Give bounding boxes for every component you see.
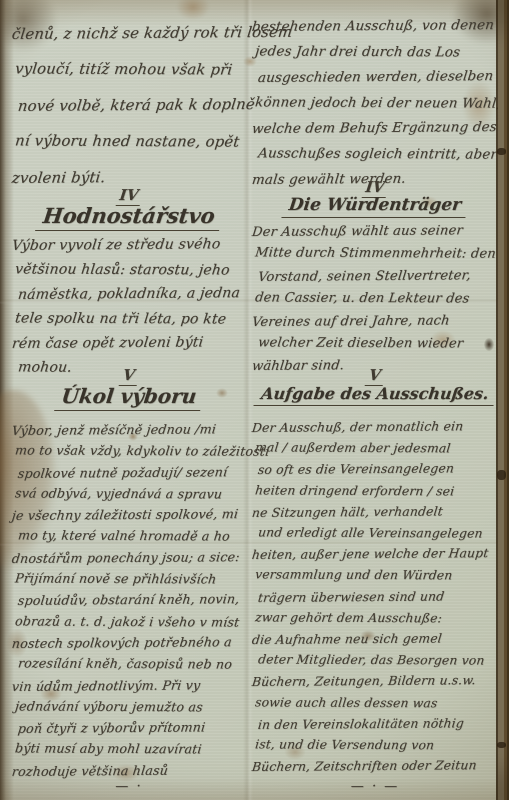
handwritten-line: und erledigt alle Vereinsangelegen (257, 522, 499, 544)
handwritten-line: mo to však vždy, kdykoliv to záležitosti (14, 440, 247, 463)
handwritten-line: je všechny záležitosti spolkové, mi (11, 503, 248, 526)
handwritten-line: svá odbývá, vyjednává a spravu (14, 482, 247, 505)
book-fore-edge (496, 0, 509, 800)
handwritten-line: heiten dringend erfordern / sei (254, 480, 499, 502)
left-intro-paragraph: členů, z nichž se každý rok tři losemvyl… (12, 16, 246, 196)
handwritten-line: Přijímání nově se přihlásivších (14, 567, 247, 590)
right-section5-paragraph: Der Ausschuß, der monatlich einmal / auß… (252, 417, 498, 777)
fore-edge-mark (497, 742, 506, 748)
handwritten-line: sowie auch alles dessen was (254, 692, 499, 714)
handwritten-line: ist, und die Versendung von (254, 734, 499, 756)
right-section5-numeral: V (251, 366, 499, 384)
handwritten-line: nostech spolkových potřebného a (11, 631, 248, 654)
right-intro-paragraph: bestehenden Ausschuß, von denenjedes Jah… (252, 14, 498, 193)
handwritten-line: zwar gehört dem Ausschuße: (254, 607, 499, 629)
right-section5-heading: Aufgabe des Ausschußes. (251, 384, 499, 403)
handwritten-line: tele spolku na tři léta, po kte (14, 306, 248, 332)
handwritten-line: deter Mitglieder, das Besorgen von (257, 650, 499, 672)
right-end-divider: — · — (251, 779, 499, 794)
handwritten-line: poň čtyři z výborův přítomni (17, 716, 248, 739)
handwritten-line: können jedoch bei der neuen Wahl, (254, 90, 500, 117)
handwritten-line: členů, z nichž se každý rok tři losem (10, 15, 248, 53)
left-section5-paragraph: Výbor, jenž měsíčně jednou /mimo to však… (12, 419, 246, 781)
handwritten-line: jedes Jahr drei durch das Los (254, 39, 500, 66)
handwritten-line: nové volbě, která pak k doplně (16, 87, 248, 125)
left-page-column: členů, z nichž se každý rok tři losemvyl… (12, 0, 246, 800)
handwritten-line: dnostářům ponechány jsou; a sice: (11, 546, 248, 569)
left-section5-heading: Úkol výboru (11, 384, 248, 408)
handwritten-line: vyloučí, titíž mohou však při (13, 51, 248, 88)
handwritten-line: Vorstand, seinen Stellvertreter, (257, 265, 500, 289)
handwritten-line: trägern überwiesen sind und (257, 586, 500, 609)
left-section4-paragraph: Výbor vyvolí ze středu svéhovětšinou hla… (12, 233, 246, 380)
handwritten-line: Büchern, Zeitungen, Bildern u.s.w. (251, 670, 500, 693)
left-section5-numeral: V (11, 366, 247, 384)
handwritten-line: Büchern, Zeitschriften oder Zeitun (251, 755, 500, 778)
handwritten-line: spoluúdův, obstarání kněh, novin, (17, 588, 248, 611)
handwritten-line: Ausschußes sogleich eintritt, aber (257, 141, 500, 168)
handwritten-line: jednávání výboru jemužto as (14, 695, 247, 718)
handwritten-line: býti musí aby mohl uzavírati (14, 738, 247, 761)
handwritten-line: spolkové nutně požadují/ sezení (17, 461, 248, 484)
handwritten-line: Vereines auf drei Jahre, nach (251, 310, 500, 334)
handwritten-line: Der Ausschuß, der monatlich ein (251, 416, 500, 439)
handwritten-line: ní výboru hned nastane, opět (13, 123, 248, 160)
handwritten-line: rém čase opět zvoleni býti (10, 330, 247, 356)
manuscript-page: členů, z nichž se každý rok tři losemvyl… (0, 0, 509, 800)
handwritten-line: den Cassier, u. den Lekteur des (254, 288, 499, 312)
handwritten-line: mo ty, které valné hromadě a ho (17, 525, 247, 547)
handwritten-line: Výbor vyvolí ze středu svého (10, 232, 247, 258)
handwritten-line: heiten, außer jene welche der Haupt (251, 543, 500, 566)
handwritten-line: Der Ausschuß wählt aus seiner (251, 220, 500, 244)
handwritten-line: so oft es die Vereinsangelegen (257, 458, 500, 481)
left-section4-heading: Hodnostářstvo (10, 203, 247, 228)
handwritten-line: Mitte durch Stimmenmehrheit: den (254, 243, 499, 267)
handwritten-line: náměstka, pokladníka, a jedna (16, 281, 247, 307)
left-end-divider: — · (11, 779, 247, 794)
handwritten-line: versammlung und den Würden (254, 565, 499, 587)
handwritten-line: welche dem Behufs Ergänzung des (250, 115, 499, 142)
handwritten-line: vin údům jednotlivým. Při vy (11, 674, 248, 697)
right-section4-paragraph: Der Ausschuß wählt aus seinerMitte durch… (252, 221, 498, 378)
left-section4-numeral: IV (11, 186, 247, 204)
handwritten-line: ausgeschieden werden, dieselben (256, 64, 499, 91)
handwritten-line: obrazů a. t. d. jakož i všeho v míst (14, 610, 247, 633)
handwritten-line: ne Sitzungen hält, verhandelt (251, 501, 500, 524)
fore-edge-mark (497, 470, 506, 480)
handwritten-line: rozesílání kněh, časopisů neb no (17, 653, 247, 675)
handwritten-line: Výbor, jenž měsíčně jednou /mi (11, 418, 248, 441)
fore-edge-mark (497, 148, 506, 155)
right-section4-numeral: IV (251, 178, 499, 196)
handwritten-line: bestehenden Ausschuß, von denen (250, 13, 499, 40)
handwritten-line: die Aufnahme neu sich gemel (251, 628, 500, 651)
handwritten-line: většinou hlasů: starostu, jeho (14, 257, 248, 283)
handwritten-line: in den Vereinslokalitäten nöthig (257, 713, 500, 736)
right-section4-heading: Die Würdenträger (251, 195, 499, 215)
right-page-column: bestehenden Ausschuß, von denenjedes Jah… (252, 0, 498, 800)
handwritten-line: mal / außerdem aber jedesmal (254, 438, 499, 460)
handwritten-line: welcher Zeit dieselben wieder (257, 332, 499, 356)
